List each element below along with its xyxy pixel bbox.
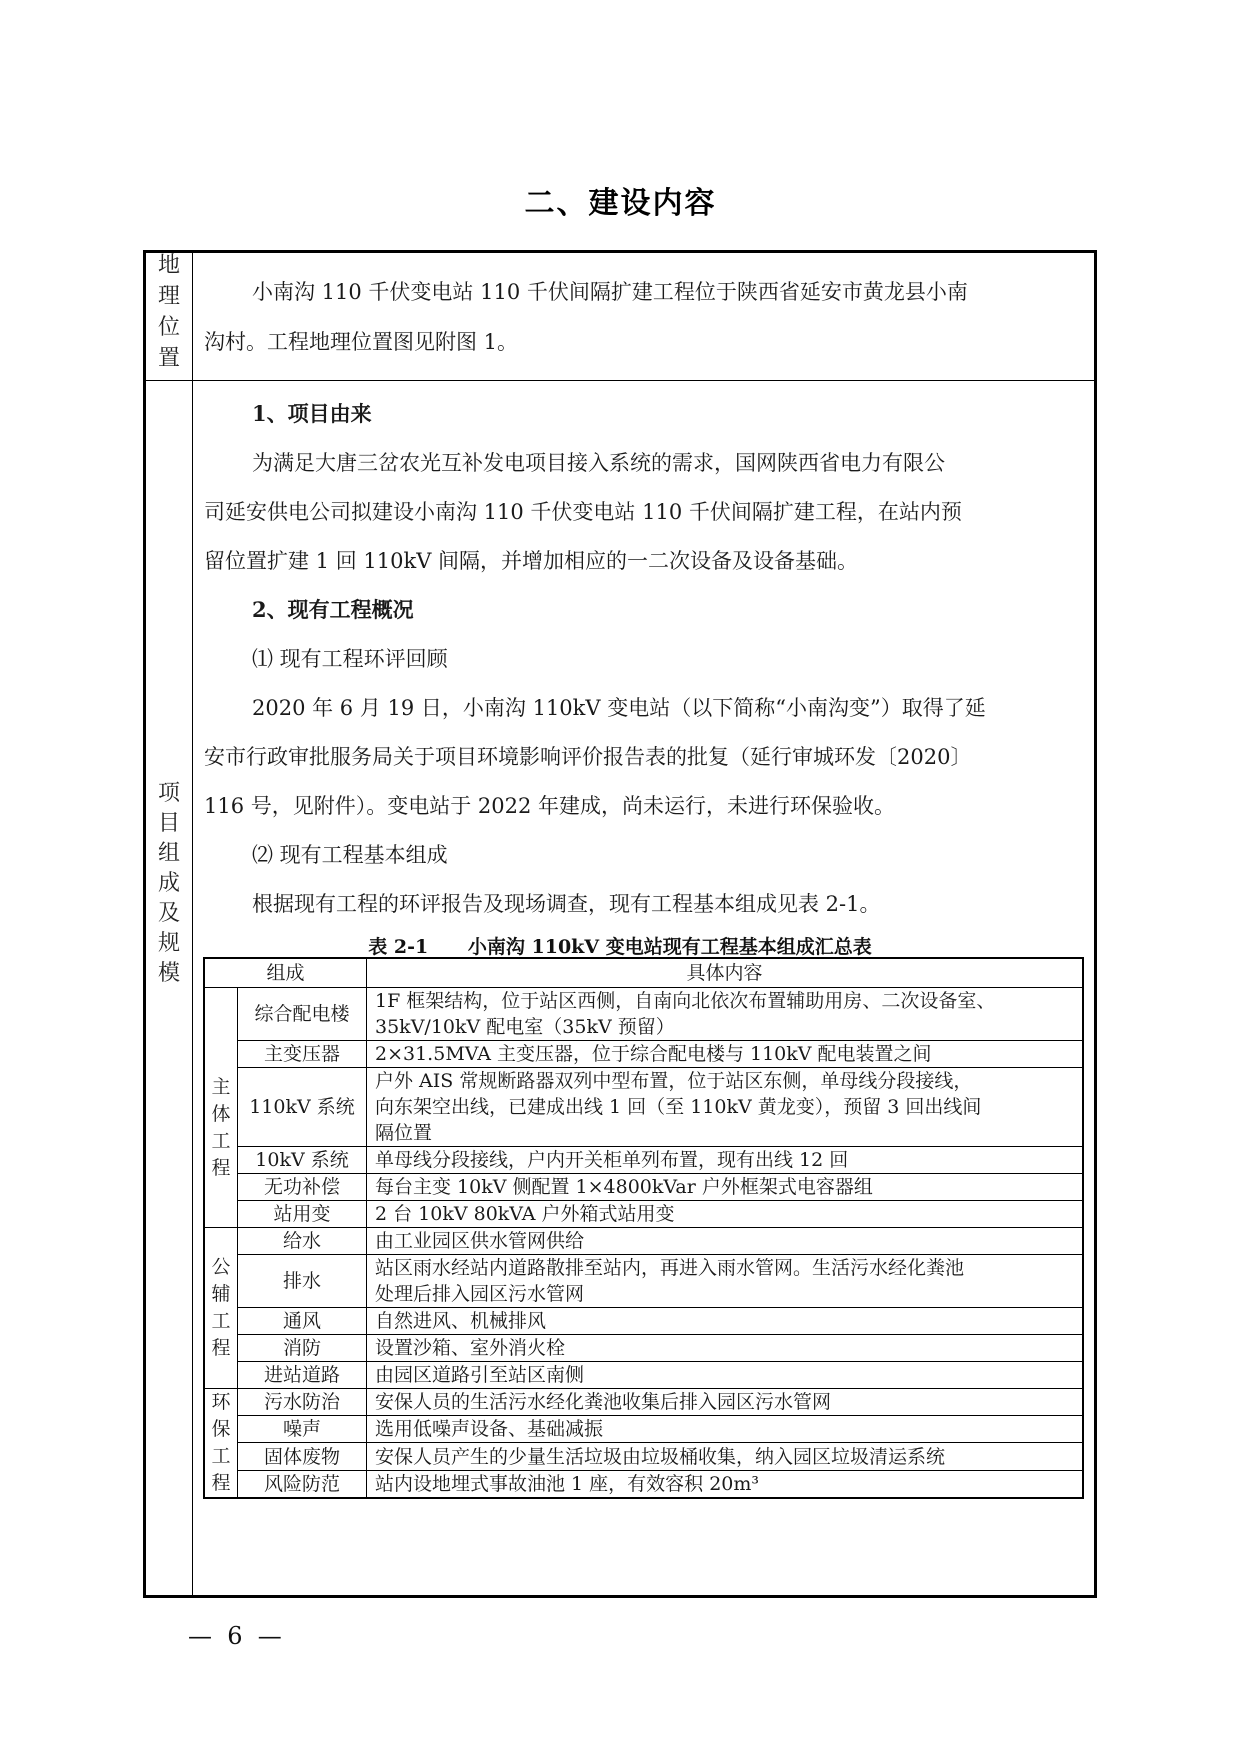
subheading-eia-review: ⑴ 现有工程环评回顾 [252, 643, 448, 673]
group-environmental-works: 环 保 工 程 [204, 1389, 238, 1499]
page-title: 二、建设内容 [0, 178, 1241, 222]
row-desc: 自然进风、机械排风 [367, 1308, 1084, 1335]
row-item: 综合配电楼 [238, 988, 367, 1041]
page-number: — 6 — [188, 1622, 282, 1650]
eia-line-3: 116 号，见附件）。变电站于 2022 年建成，尚未运行，未进行环保验收。 [204, 790, 895, 820]
row-desc: 单母线分段接线，户内开关柜单列布置，现有出线 12 回 [367, 1147, 1084, 1174]
row-desc: 安保人员产生的少量生活垃圾由垃圾桶收集，纳入园区垃圾清运系统 [367, 1443, 1084, 1470]
header-details: 具体内容 [367, 958, 1084, 988]
table-row: 无功补偿 每台主变 10kV 侧配置 1×4800kVar 户外框架式电容器组 [204, 1174, 1083, 1201]
row-desc: 选用低噪声设备、基础减振 [367, 1416, 1084, 1443]
heading-project-origin: 1、项目由来 [252, 398, 372, 428]
row-desc: 2 台 10kV 80kVA 户外箱式站用变 [367, 1201, 1084, 1228]
row-divider [146, 380, 1094, 381]
header-composition: 组成 [204, 958, 367, 988]
row-item: 10kV 系统 [238, 1147, 367, 1174]
row-item: 消防 [238, 1335, 367, 1362]
row-item: 污水防治 [238, 1389, 367, 1416]
table-row: 10kV 系统 单母线分段接线，户内开关柜单列布置，现有出线 12 回 [204, 1147, 1083, 1174]
row-desc: 由工业园区供水管网供给 [367, 1228, 1084, 1255]
column-divider [192, 253, 193, 1595]
row-item: 110kV 系统 [238, 1068, 367, 1147]
label-location: 地 理 位 置 [146, 250, 192, 374]
origin-line-2: 司延安供电公司拟建设小南沟 110 千伏变电站 110 千伏间隔扩建工程，在站内… [204, 496, 962, 526]
table-row: 环 保 工 程 污水防治 安保人员的生活污水经化粪池收集后排入园区污水管网 [204, 1389, 1083, 1416]
table-row: 固体废物 安保人员产生的少量生活垃圾由垃圾桶收集，纳入园区垃圾清运系统 [204, 1443, 1083, 1470]
row-desc: 每台主变 10kV 侧配置 1×4800kVar 户外框架式电容器组 [367, 1174, 1084, 1201]
row-desc: 站内设地埋式事故油池 1 座，有效容积 20m³ [367, 1470, 1084, 1498]
row-item: 给水 [238, 1228, 367, 1255]
table-row: 通风 自然进风、机械排风 [204, 1308, 1083, 1335]
table-row: 进站道路 由园区道路引至站区南侧 [204, 1362, 1083, 1389]
row-desc: 户外 AIS 常规断路器双列中型布置，位于站区东侧，单母线分段接线， 向东架空出… [367, 1068, 1084, 1147]
row-item: 排水 [238, 1255, 367, 1308]
table-caption: 表 2-1 小南沟 110kV 变电站现有工程基本组成汇总表 [143, 932, 1097, 959]
origin-line-3: 留位置扩建 1 回 110kV 间隔，并增加相应的一二次设备及设备基础。 [204, 545, 858, 575]
row-item: 通风 [238, 1308, 367, 1335]
row-item: 噪声 [238, 1416, 367, 1443]
row-item: 进站道路 [238, 1362, 367, 1389]
origin-line-1: 为满足大唐三岔农光互补发电项目接入系统的需求，国网陕西省电力有限公 [252, 447, 945, 477]
table-row: 噪声 选用低噪声设备、基础减振 [204, 1416, 1083, 1443]
row-desc: 站区雨水经站内道路散排至站内，再进入雨水管网。生活污水经化粪池 处理后排入园区污… [367, 1255, 1084, 1308]
eia-line-1: 2020 年 6 月 19 日，小南沟 110kV 变电站（以下简称“小南沟变”… [252, 692, 986, 722]
table-row: 风险防范 站内设地埋式事故油池 1 座，有效容积 20m³ [204, 1470, 1083, 1498]
row-desc: 安保人员的生活污水经化粪池收集后排入园区污水管网 [367, 1389, 1084, 1416]
eia-line-2: 安市行政审批服务局关于项目环境影响评价报告表的批复（延行审城环发〔2020〕 [204, 741, 971, 771]
heading-existing-overview: 2、现有工程概况 [252, 594, 414, 624]
table-row: 主变压器 2×31.5MVA 主变压器，位于综合配电楼与 110kV 配电装置之… [204, 1041, 1083, 1068]
row-item: 固体废物 [238, 1443, 367, 1470]
row-item: 主变压器 [238, 1041, 367, 1068]
table-row: 消防 设置沙箱、室外消火栓 [204, 1335, 1083, 1362]
row-item: 站用变 [238, 1201, 367, 1228]
subheading-basic-composition: ⑵ 现有工程基本组成 [252, 839, 448, 869]
row-desc: 2×31.5MVA 主变压器，位于综合配电楼与 110kV 配电装置之间 [367, 1041, 1084, 1068]
table-row: 站用变 2 台 10kV 80kVA 户外箱式站用变 [204, 1201, 1083, 1228]
location-line-1: 小南沟 110 千伏变电站 110 千伏间隔扩建工程位于陕西省延安市黄龙县小南 [252, 276, 968, 306]
table-header-row: 组成 具体内容 [204, 958, 1083, 988]
group-auxiliary-works: 公 辅 工 程 [204, 1228, 238, 1389]
table-row: 主 体 工 程 综合配电楼 1F 框架结构，位于站区西侧，自南向北依次布置辅助用… [204, 988, 1083, 1041]
row-desc: 1F 框架结构，位于站区西侧，自南向北依次布置辅助用房、二次设备室、 35kV/… [367, 988, 1084, 1041]
table-row: 110kV 系统 户外 AIS 常规断路器双列中型布置，位于站区东侧，单母线分段… [204, 1068, 1083, 1147]
composition-intro: 根据现有工程的环评报告及现场调查，现有工程基本组成见表 2-1。 [252, 888, 881, 918]
table-row: 公 辅 工 程 给水 由工业园区供水管网供给 [204, 1228, 1083, 1255]
row-desc: 由园区道路引至站区南侧 [367, 1362, 1084, 1389]
composition-table: 组成 具体内容 主 体 工 程 综合配电楼 1F 框架结构，位于站区西侧，自南向… [203, 957, 1084, 1499]
location-line-2: 沟村。工程地理位置图见附图 1。 [204, 326, 518, 356]
table-row: 排水 站区雨水经站内道路散排至站内，再进入雨水管网。生活污水经化粪池 处理后排入… [204, 1255, 1083, 1308]
row-desc: 设置沙箱、室外消火栓 [367, 1335, 1084, 1362]
group-main-works: 主 体 工 程 [204, 988, 238, 1228]
row-item: 风险防范 [238, 1470, 367, 1498]
row-item: 无功补偿 [238, 1174, 367, 1201]
